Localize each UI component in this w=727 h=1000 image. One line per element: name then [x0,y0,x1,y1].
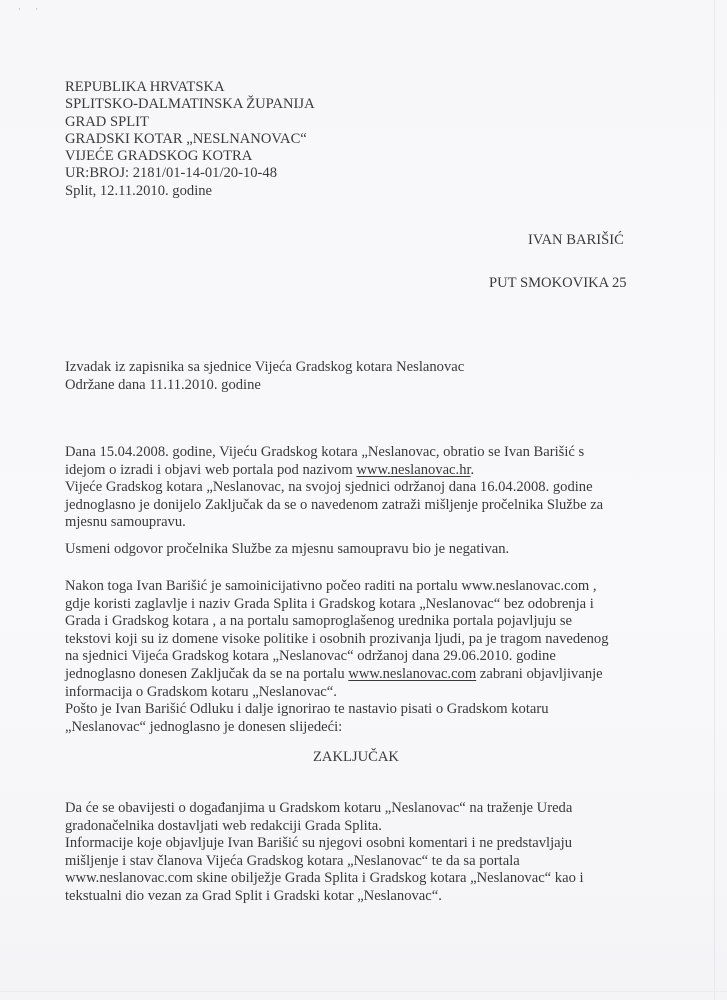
text-line: jednoglasno je donijelo Zaključak da se … [65,497,603,515]
text-line: jednoglasno donesen Zaključak da se na p… [65,666,609,684]
text-line: gradonačelnika dostavljati web redakciji… [65,818,584,836]
scanned-document-page: · · REPUBLIKA HRVATSKA SPLITSKO-DALMATIN… [0,0,727,1000]
conclusion-body: Da će se obavijesti o događanjima u Grad… [65,800,584,906]
paragraph-background: Nakon toga Ivan Barišić je samoinicijati… [65,578,609,736]
scan-specks: · · [18,4,44,14]
paragraph-response: Usmeni odgovor pročelnika Službe za mjes… [65,541,509,559]
page-edge [714,0,715,1000]
text-line: tekstualni dio vezan za Grad Split i Gra… [65,888,584,906]
text-line: na sjednici Vijeća Gradskog kotara „Nesl… [65,648,609,666]
text-line: Usmeni odgovor pročelnika Službe za mjes… [65,541,509,559]
conclusion-title: ZAKLJUČAK [313,749,399,766]
letterhead-line: GRADSKI KOTAR „NESLNANOVAC“ [65,131,315,148]
text-line: Dana 15.04.2008. godine, Vijeću Gradskog… [65,444,603,462]
text-line: Pošto je Ivan Barišić Odluku i dalje ign… [65,701,609,719]
link-neslanovac-hr[interactable]: www.neslanovac.hr [356,462,470,478]
subject: Izvadak iz zapisnika sa sjednice Vijeća … [65,359,464,394]
paragraph-request: Dana 15.04.2008. godine, Vijeću Gradskog… [65,444,603,532]
recipient-name: IVAN BARIŠIĆ [528,232,624,249]
text-line: mjesnu samoupravu. [65,514,603,532]
text-line: Informacije koje objavljuje Ivan Barišić… [65,835,584,853]
text-line: idejom o izradi i objavi web portala pod… [65,462,603,480]
page-edge [0,991,727,992]
subject-line: Održane dana 11.11.2010. godine [65,377,464,395]
letterhead-line: VIJEĆE GRADSKOG KOTRA [65,148,315,165]
text-line: Nakon toga Ivan Barišić je samoinicijati… [65,578,609,596]
text-line: Da će se obavijesti o događanjima u Grad… [65,800,584,818]
text-line: „Neslanovac“ jednoglasno je donesen slij… [65,719,609,737]
letterhead-line: GRAD SPLIT [65,114,315,131]
letterhead-line: SPLITSKO-DALMATINSKA ŽUPANIJA [65,96,315,113]
letterhead: REPUBLIKA HRVATSKA SPLITSKO-DALMATINSKA … [65,79,315,200]
document-date: Split, 12.11.2010. godine [65,183,315,200]
recipient-address: PUT SMOKOVIKA 25 [489,275,627,292]
link-neslanovac-com[interactable]: www.neslanovac.com [348,666,476,682]
text-line: Grada i Gradskog kotara , a na portalu s… [65,613,609,631]
letterhead-line: REPUBLIKA HRVATSKA [65,79,315,96]
text-line: tekstovi koji su iz domene visoke politi… [65,631,609,649]
text-line: informacija o Gradskom kotaru „Neslanova… [65,684,609,702]
text-line: gdje koristi zaglavlje i naziv Grada Spl… [65,596,609,614]
subject-line: Izvadak iz zapisnika sa sjednice Vijeća … [65,359,464,377]
reference-number: UR:BROJ: 2181/01-14-01/20-10-48 [65,165,315,182]
text-line: mišljenje i stav članova Vijeća Gradskog… [65,853,584,871]
text-line: Vijeće Gradskog kotara „Neslanovac, na s… [65,479,603,497]
text-line: www.neslanovac.com skine obilježje Grada… [65,870,584,888]
